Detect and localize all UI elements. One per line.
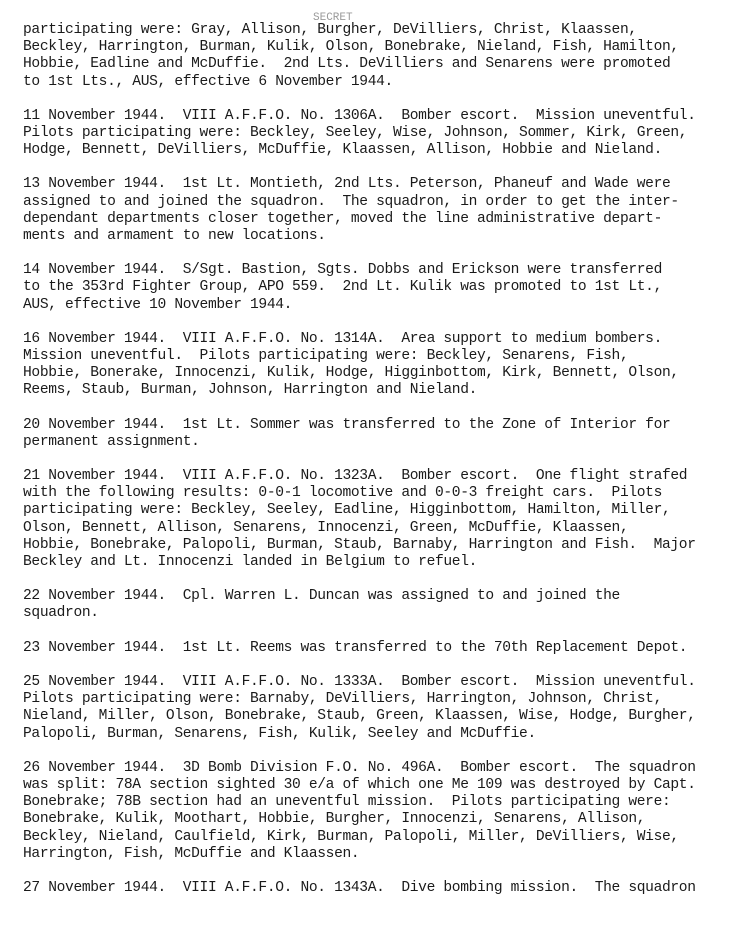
text-line: Pilots participating were: Beckley, Seel… xyxy=(23,125,735,142)
text-line: 11 November 1944. VIII A.F.F.O. No. 1306… xyxy=(23,108,735,125)
text-line: Nieland, Miller, Olson, Bonebrake, Staub… xyxy=(23,708,735,725)
text-line: participating were: Gray, Allison, Burgh… xyxy=(23,22,735,39)
diary-entry: 26 November 1944. 3D Bomb Division F.O. … xyxy=(23,760,735,863)
diary-entry: 23 November 1944. 1st Lt. Reems was tran… xyxy=(23,640,735,657)
text-line: 25 November 1944. VIII A.F.F.O. No. 1333… xyxy=(23,674,735,691)
text-line: ments and armament to new locations. xyxy=(23,228,735,245)
text-line: was split: 78A section sighted 30 e/a of… xyxy=(23,777,735,794)
text-line: Hobbie, Bonebrake, Palopoli, Burman, Sta… xyxy=(23,537,735,554)
diary-entry-continuation: participating were: Gray, Allison, Burgh… xyxy=(23,22,735,91)
text-line: Beckley and Lt. Innocenzi landed in Belg… xyxy=(23,554,735,571)
diary-entry: 27 November 1944. VIII A.F.F.O. No. 1343… xyxy=(23,880,735,897)
diary-entry: 14 November 1944. S/Sgt. Bastion, Sgts. … xyxy=(23,262,735,314)
text-line: Hobbie, Bonerake, Innocenzi, Kulik, Hodg… xyxy=(23,365,735,382)
text-line: 27 November 1944. VIII A.F.F.O. No. 1343… xyxy=(23,880,735,897)
diary-entry: 25 November 1944. VIII A.F.F.O. No. 1333… xyxy=(23,674,735,743)
text-line: Pilots participating were: Barnaby, DeVi… xyxy=(23,691,735,708)
diary-entry: 22 November 1944. Cpl. Warren L. Duncan … xyxy=(23,588,735,622)
diary-entry: 20 November 1944. 1st Lt. Sommer was tra… xyxy=(23,417,735,451)
text-line: 23 November 1944. 1st Lt. Reems was tran… xyxy=(23,640,735,657)
text-line: to the 353rd Fighter Group, APO 559. 2nd… xyxy=(23,279,735,296)
text-line: Hodge, Bennett, DeVilliers, McDuffie, Kl… xyxy=(23,142,735,159)
text-line: Beckley, Nieland, Caulfield, Kirk, Burma… xyxy=(23,829,735,846)
text-line: Harrington, Fish, McDuffie and Klaassen. xyxy=(23,846,735,863)
text-line: permanent assignment. xyxy=(23,434,735,451)
text-line: squadron. xyxy=(23,605,735,622)
text-line: 14 November 1944. S/Sgt. Bastion, Sgts. … xyxy=(23,262,735,279)
document-page: participating were: Gray, Allison, Burgh… xyxy=(23,22,735,914)
text-line: participating were: Beckley, Seeley, Ead… xyxy=(23,502,735,519)
text-line: Palopoli, Burman, Senarens, Fish, Kulik,… xyxy=(23,726,735,743)
text-line: 26 November 1944. 3D Bomb Division F.O. … xyxy=(23,760,735,777)
text-line: Hobbie, Eadline and McDuffie. 2nd Lts. D… xyxy=(23,56,735,73)
text-line: Beckley, Harrington, Burman, Kulik, Olso… xyxy=(23,39,735,56)
text-line: with the following results: 0-0-1 locomo… xyxy=(23,485,735,502)
text-line: Bonebrake, Kulik, Moothart, Hobbie, Burg… xyxy=(23,811,735,828)
text-line: 20 November 1944. 1st Lt. Sommer was tra… xyxy=(23,417,735,434)
text-line: Olson, Bennett, Allison, Senarens, Innoc… xyxy=(23,520,735,537)
diary-entry: 11 November 1944. VIII A.F.F.O. No. 1306… xyxy=(23,108,735,160)
diary-entry: 13 November 1944. 1st Lt. Montieth, 2nd … xyxy=(23,176,735,245)
text-line: 16 November 1944. VIII A.F.F.O. No. 1314… xyxy=(23,331,735,348)
text-line: dependant departments closer together, m… xyxy=(23,211,735,228)
text-line: Bonebrake; 78B section had an uneventful… xyxy=(23,794,735,811)
text-line: to 1st Lts., AUS, effective 6 November 1… xyxy=(23,74,735,91)
diary-entry: 21 November 1944. VIII A.F.F.O. No. 1323… xyxy=(23,468,735,571)
text-line: AUS, effective 10 November 1944. xyxy=(23,297,735,314)
diary-entry: 16 November 1944. VIII A.F.F.O. No. 1314… xyxy=(23,331,735,400)
text-line: Mission uneventful. Pilots participating… xyxy=(23,348,735,365)
text-line: Reems, Staub, Burman, Johnson, Harringto… xyxy=(23,382,735,399)
text-line: assigned to and joined the squadron. The… xyxy=(23,194,735,211)
text-line: 13 November 1944. 1st Lt. Montieth, 2nd … xyxy=(23,176,735,193)
text-line: 21 November 1944. VIII A.F.F.O. No. 1323… xyxy=(23,468,735,485)
text-line: 22 November 1944. Cpl. Warren L. Duncan … xyxy=(23,588,735,605)
